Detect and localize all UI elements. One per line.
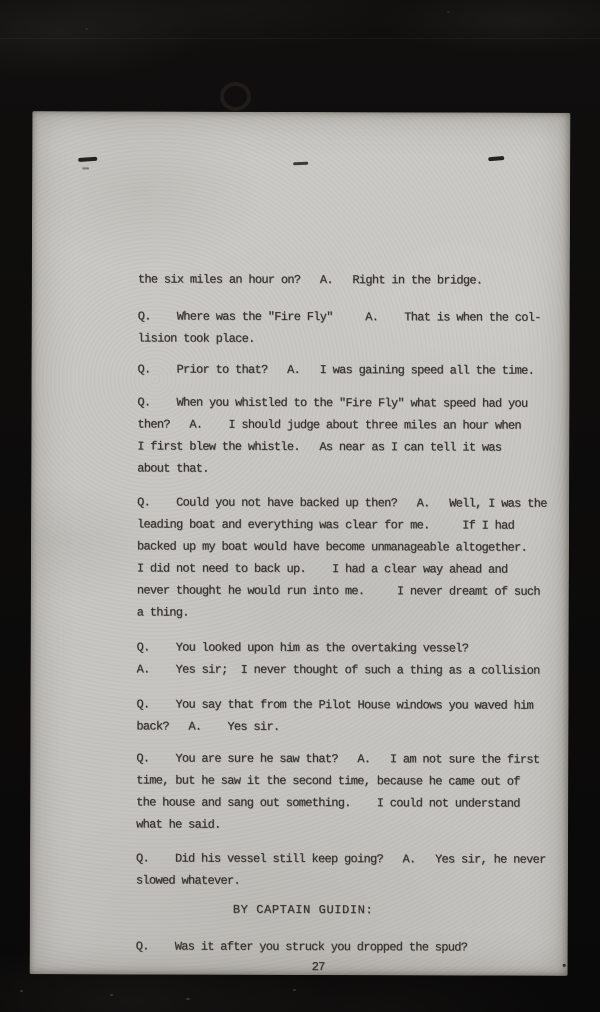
dust-speck	[20, 990, 23, 992]
ring-stain	[220, 82, 251, 111]
transcript-paragraph: Q. Could you not have backed up then? A.…	[137, 491, 567, 624]
ink-dash-right	[488, 156, 504, 161]
dust-speck	[85, 28, 88, 30]
transcript-paragraph: Q. Where was the "Fire Fly" A. That is w…	[138, 305, 568, 350]
ink-dash-left	[78, 157, 97, 162]
ink-dot	[563, 964, 566, 967]
dust-speck	[447, 11, 450, 13]
transcript-paragraph: Q. You say that from the Pilot House win…	[136, 693, 566, 738]
scan-backdrop: the six miles an hour on? A. Right in th…	[0, 0, 600, 1012]
document-page: the six miles an hour on? A. Right in th…	[30, 111, 571, 976]
page-number: 27	[312, 956, 352, 978]
dust-speck	[186, 998, 190, 1000]
dust-speck	[110, 994, 113, 996]
ink-dash-center	[293, 162, 308, 166]
transcript-paragraph: Q. You looked upon him as the overtaking…	[137, 636, 567, 681]
transcript-paragraph: Q. Did his vessel still keep going? A. Y…	[136, 847, 566, 892]
transcript-paragraph: Q. When you whistled to the "Fire Fly" w…	[137, 391, 567, 480]
backdrop-seam	[0, 38, 600, 39]
dust-speck	[293, 989, 296, 991]
transcript-paragraph: the six miles an hour on? A. Right in th…	[138, 268, 568, 291]
transcript-paragraph: Q. Prior to that? A. I was gaining speed…	[138, 358, 568, 381]
transcript-paragraph: Q. You are sure he saw that? A. I am not…	[136, 747, 566, 836]
ink-smudge	[82, 167, 89, 169]
examiner-heading: BY CAPTAIN GUIDIN:	[233, 899, 453, 922]
